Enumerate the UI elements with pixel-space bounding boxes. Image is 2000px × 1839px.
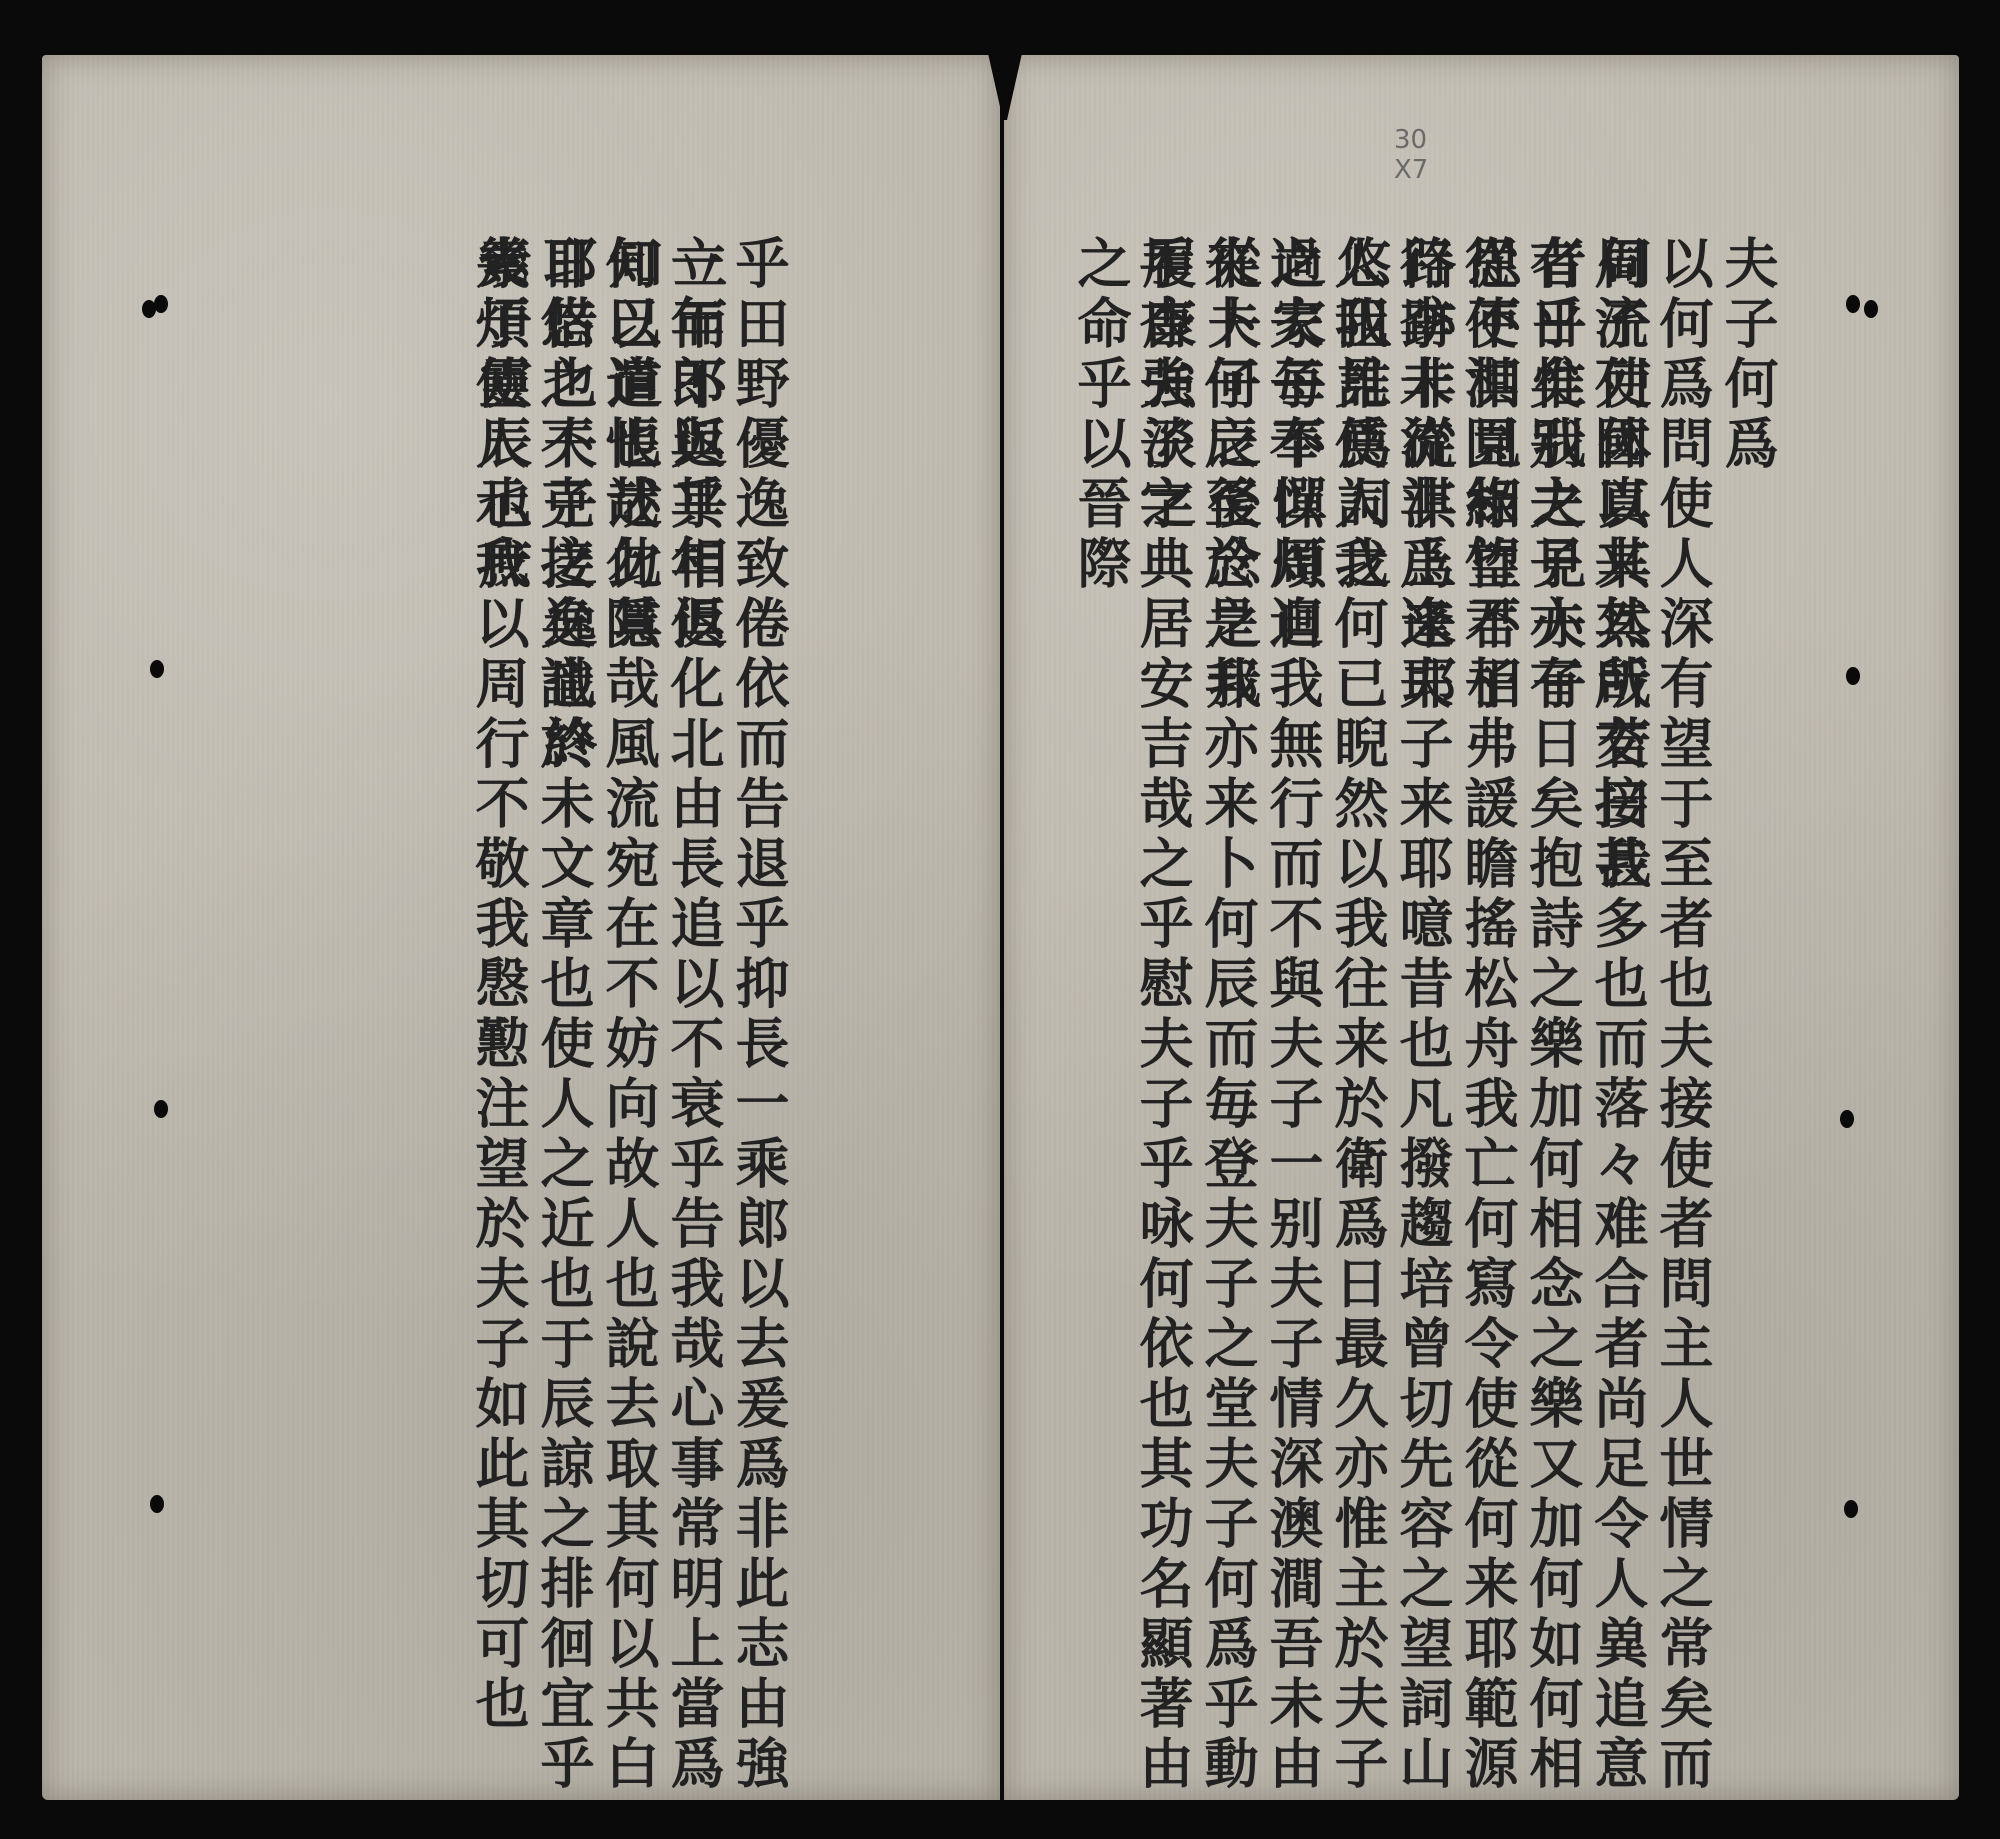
wormhole xyxy=(1840,1110,1854,1128)
wormhole xyxy=(1846,667,1860,685)
title-column: 夫子何爲 xyxy=(1717,235,1779,475)
shelfmark: 30 X7 xyxy=(1394,125,1428,185)
wormhole xyxy=(150,660,164,678)
wormhole xyxy=(150,1495,164,1513)
right-leaf: 30 X7 夫子何爲 以何爲問使人深有望于至者也夫接使者問主人世情之常矣而伺子使… xyxy=(1004,55,1959,1800)
wormhole xyxy=(1864,300,1878,318)
text-column: 手杳夫子字典居安吉哉之乎慰夫子乎咏何依也其功名顯著由之命乎以晉際 xyxy=(1070,235,1194,1800)
wormhole xyxy=(154,295,168,313)
wormhole xyxy=(1846,295,1860,313)
left-leaf: 乎田野優逸致倦依而告退乎抑長一乘郎以去爰爲非此志由強立而不返乎相返 一年郎與其年… xyxy=(42,55,1000,1800)
text-column: 幾煩使人示我以周行不敬我慇懃注望於夫子如此其切可也 xyxy=(468,235,530,1735)
wormhole xyxy=(154,1100,168,1118)
wormhole xyxy=(1844,1500,1858,1518)
